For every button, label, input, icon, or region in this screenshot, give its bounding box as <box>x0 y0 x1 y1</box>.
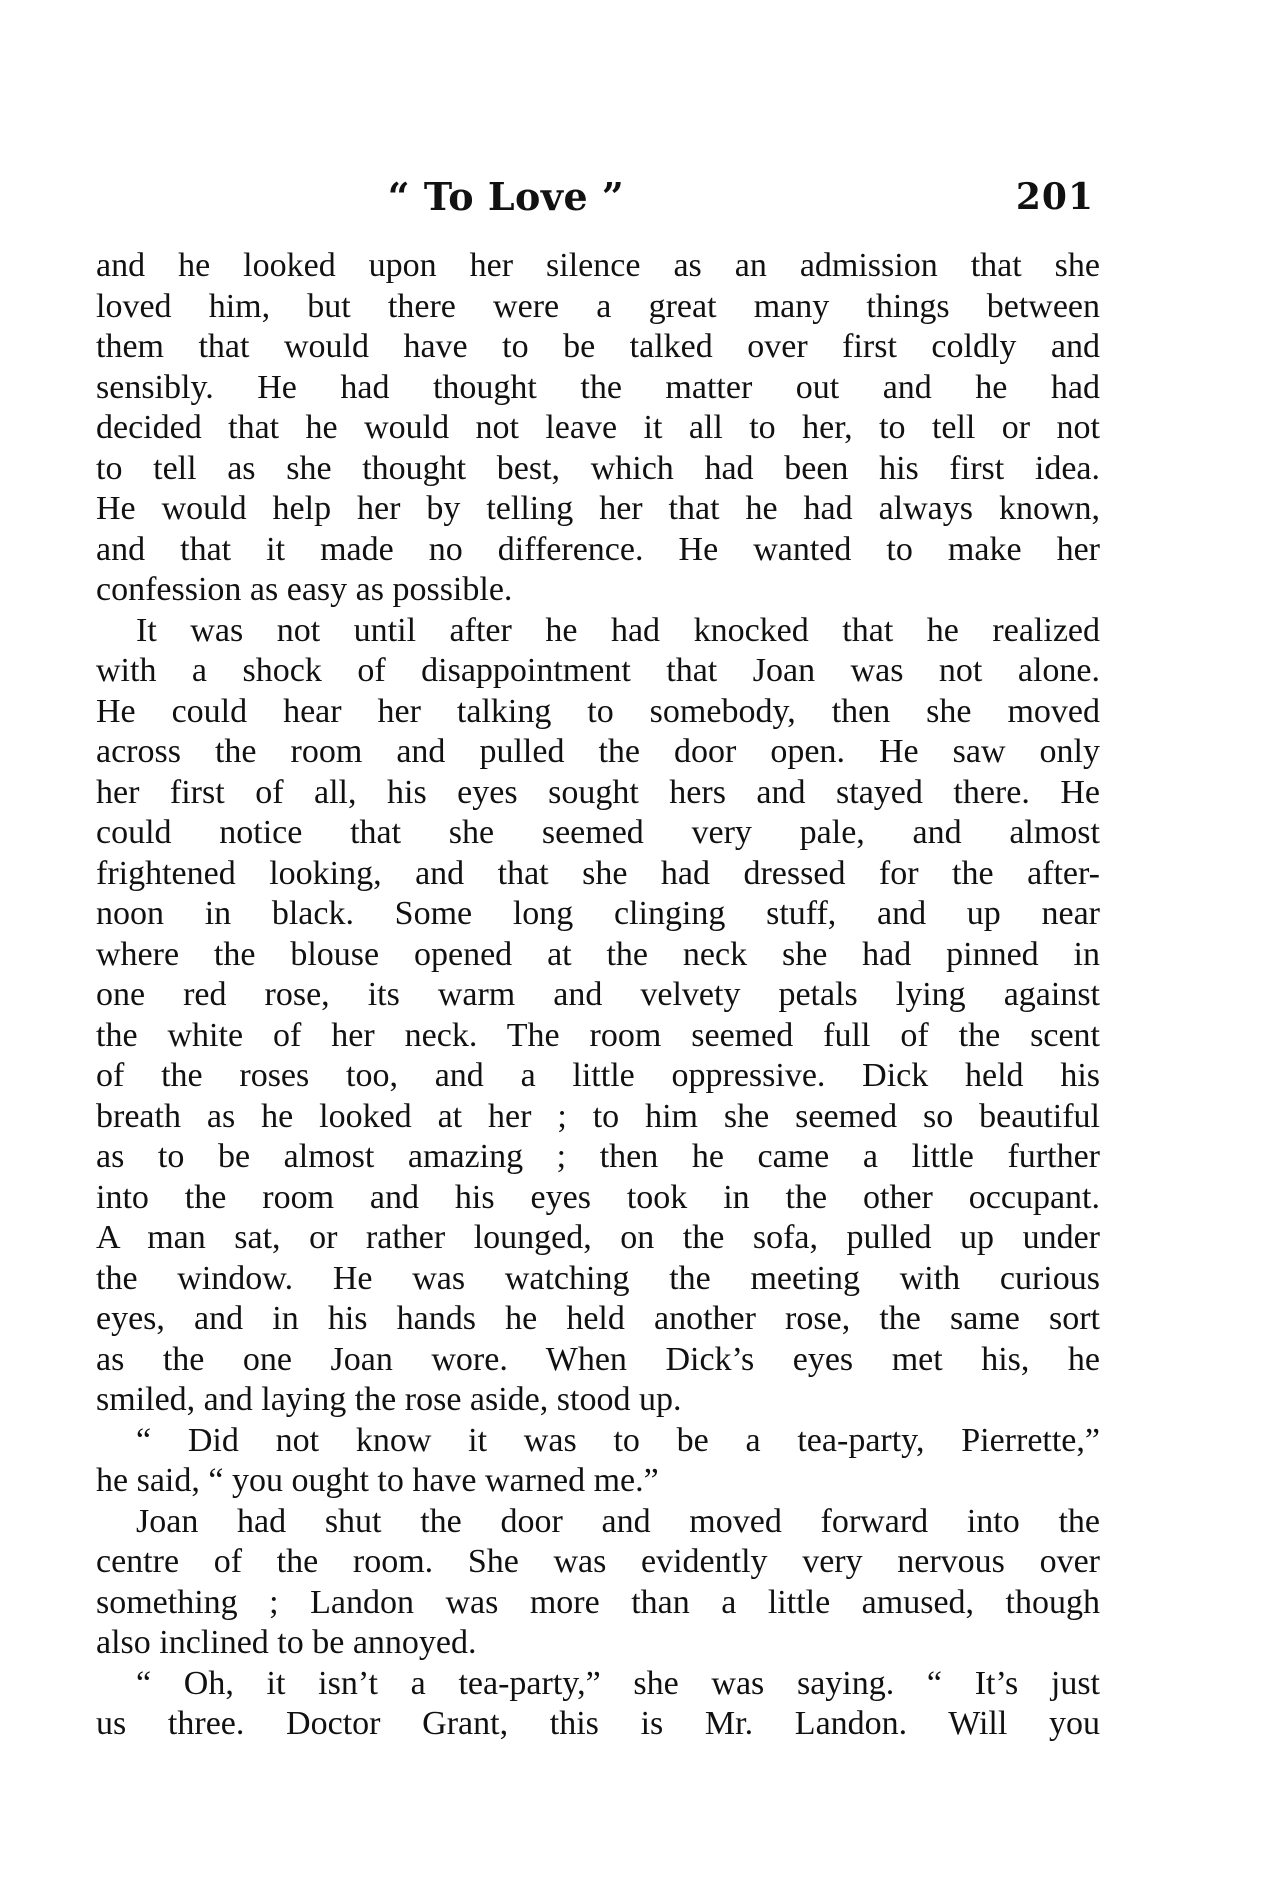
text-line: A man sat, or rather lounged, on the sof… <box>96 1218 1100 1259</box>
running-head: “ To Love ” 201 <box>96 172 1100 222</box>
text-line: eyes, and in his hands he held another r… <box>96 1299 1100 1340</box>
text-line: with a shock of disappointment that Joan… <box>96 651 1100 692</box>
paragraph: “ Oh, it isn’t a tea-party,” she was say… <box>96 1664 1100 1745</box>
text-line: frightened looking, and that she had dre… <box>96 854 1100 895</box>
paragraph: It was not until after he had knocked th… <box>96 611 1100 1421</box>
text-line: confession as easy as possible. <box>96 570 1100 611</box>
text-line: into the room and his eyes took in the o… <box>96 1178 1100 1219</box>
text-line: as the one Joan wore. When Dick’s eyes m… <box>96 1340 1100 1381</box>
text-line: “ Did not know it was to be a tea-party,… <box>96 1421 1100 1462</box>
paragraph: Joan had shut the door and moved forward… <box>96 1502 1100 1664</box>
text-line: them that would have to be talked over f… <box>96 327 1100 368</box>
text-line: also inclined to be annoyed. <box>96 1623 1100 1664</box>
text-line: decided that he would not leave it all t… <box>96 408 1100 449</box>
text-line: Joan had shut the door and moved forward… <box>96 1502 1100 1543</box>
text-line: to tell as she thought best, which had b… <box>96 449 1100 490</box>
paragraph: “ Did not know it was to be a tea-party,… <box>96 1421 1100 1502</box>
text-line: sensibly. He had thought the matter out … <box>96 368 1100 409</box>
text-line: breath as he looked at her ; to him she … <box>96 1097 1100 1138</box>
text-line: and he looked upon her silence as an adm… <box>96 246 1100 287</box>
book-page: “ To Love ” 201 and he looked upon her s… <box>0 0 1288 1904</box>
text-line: of the roses too, and a little oppressiv… <box>96 1056 1100 1097</box>
text-line: centre of the room. She was evidently ve… <box>96 1542 1100 1583</box>
text-line: us three. Doctor Grant, this is Mr. Land… <box>96 1704 1100 1745</box>
text-line: noon in black. Some long clinging stuff,… <box>96 894 1100 935</box>
body-text: and he looked upon her silence as an adm… <box>96 246 1100 1745</box>
text-line: the window. He was watching the meeting … <box>96 1259 1100 1300</box>
text-line: something ; Landon was more than a littl… <box>96 1583 1100 1624</box>
chapter-title: “ To Love ” <box>0 172 1086 222</box>
text-line: as to be almost amazing ; then he came a… <box>96 1137 1100 1178</box>
text-line: He would help her by telling her that he… <box>96 489 1100 530</box>
text-line: one red rose, its warm and velvety petal… <box>96 975 1100 1016</box>
page-number: 201 <box>1016 172 1094 222</box>
text-line: the white of her neck. The room seemed f… <box>96 1016 1100 1057</box>
text-line: It was not until after he had knocked th… <box>96 611 1100 652</box>
text-line: smiled, and laying the rose aside, stood… <box>96 1380 1100 1421</box>
text-line: he said, “ you ought to have warned me.” <box>96 1461 1100 1502</box>
text-line: across the room and pulled the door open… <box>96 732 1100 773</box>
text-line: her first of all, his eyes sought hers a… <box>96 773 1100 814</box>
text-line: loved him, but there were a great many t… <box>96 287 1100 328</box>
text-line: and that it made no difference. He wante… <box>96 530 1100 571</box>
text-line: He could hear her talking to somebody, t… <box>96 692 1100 733</box>
text-line: could notice that she seemed very pale, … <box>96 813 1100 854</box>
text-line: “ Oh, it isn’t a tea-party,” she was say… <box>96 1664 1100 1705</box>
text-line: where the blouse opened at the neck she … <box>96 935 1100 976</box>
paragraph: and he looked upon her silence as an adm… <box>96 246 1100 611</box>
